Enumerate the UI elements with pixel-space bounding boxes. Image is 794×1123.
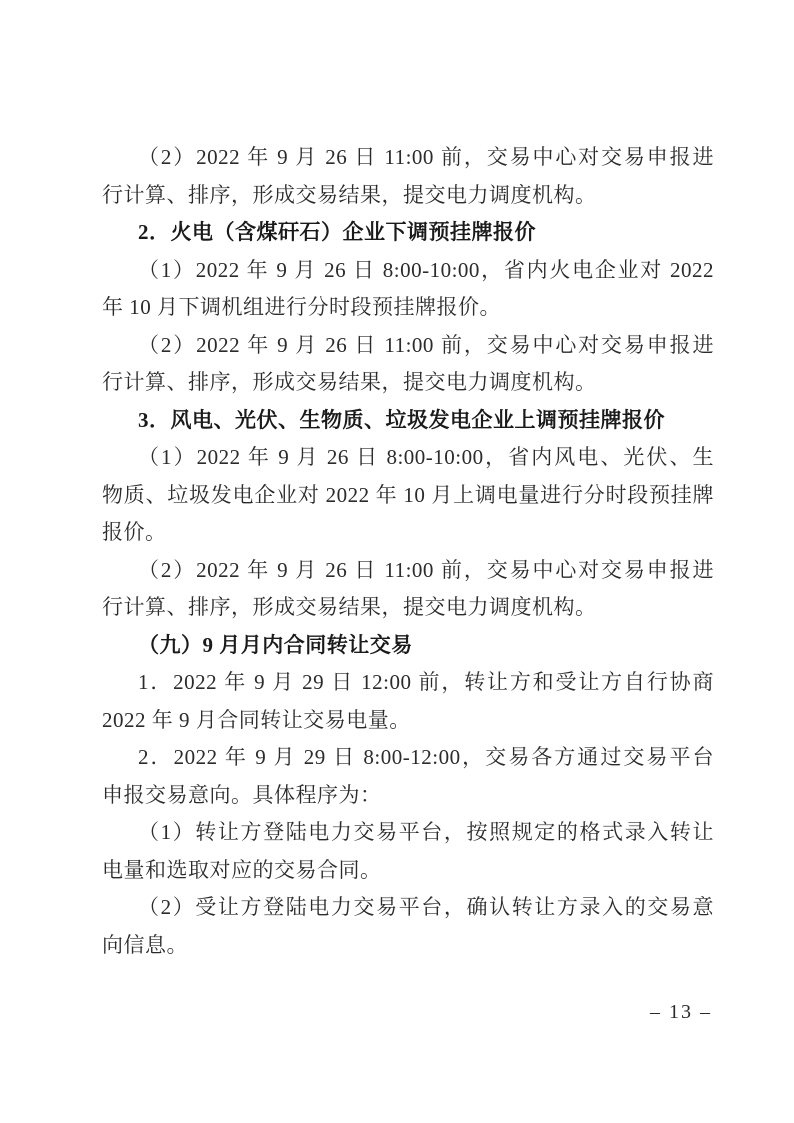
text-line: 电量和选取对应的交易合同。 <box>102 852 714 890</box>
page-number: – 13 – <box>650 1001 712 1024</box>
document-page: （2）2022 年 9 月 26 日 11:00 前，交易中心对交易申报进 行计… <box>0 0 794 1123</box>
text-line: （1）2022 年 9 月 26 日 8:00-10:00，省内火电企业对 20… <box>102 252 714 290</box>
text-line: （2）2022 年 9 月 26 日 11:00 前，交易中心对交易申报进 <box>102 327 714 365</box>
document-body: （2）2022 年 9 月 26 日 11:00 前，交易中心对交易申报进 行计… <box>102 139 714 964</box>
text-line: 申报交易意向。具体程序为： <box>102 777 714 815</box>
text-line: 向信息。 <box>102 927 714 965</box>
section-heading: 3．风电、光伏、生物质、垃圾发电企业上调预挂牌报价 <box>102 402 714 440</box>
text-line: 2．2022 年 9 月 29 日 8:00-12:00，交易各方通过交易平台 <box>102 739 714 777</box>
text-line: 2022 年 9 月合同转让交易电量。 <box>102 702 714 740</box>
text-line: 物质、垃圾发电企业对 2022 年 10 月上调电量进行分时段预挂牌 <box>102 477 714 515</box>
text-line: 1．2022 年 9 月 29 日 12:00 前，转让方和受让方自行协商 <box>102 664 714 702</box>
section-heading: （九）9 月月内合同转让交易 <box>102 627 714 665</box>
text-line: 报价。 <box>102 514 714 552</box>
text-line: 年 10 月下调机组进行分时段预挂牌报价。 <box>102 289 714 327</box>
section-heading: 2．火电（含煤矸石）企业下调预挂牌报价 <box>102 214 714 252</box>
text-line: 行计算、排序，形成交易结果，提交电力调度机构。 <box>102 364 714 402</box>
text-line: （2）2022 年 9 月 26 日 11:00 前，交易中心对交易申报进 <box>102 552 714 590</box>
text-line: （2）2022 年 9 月 26 日 11:00 前，交易中心对交易申报进 <box>102 139 714 177</box>
text-line: （1）转让方登陆电力交易平台，按照规定的格式录入转让 <box>102 814 714 852</box>
text-line: （2）受让方登陆电力交易平台，确认转让方录入的交易意 <box>102 889 714 927</box>
text-line: （1）2022 年 9 月 26 日 8:00-10:00，省内风电、光伏、生 <box>102 439 714 477</box>
text-line: 行计算、排序，形成交易结果，提交电力调度机构。 <box>102 589 714 627</box>
text-line: 行计算、排序，形成交易结果，提交电力调度机构。 <box>102 177 714 215</box>
